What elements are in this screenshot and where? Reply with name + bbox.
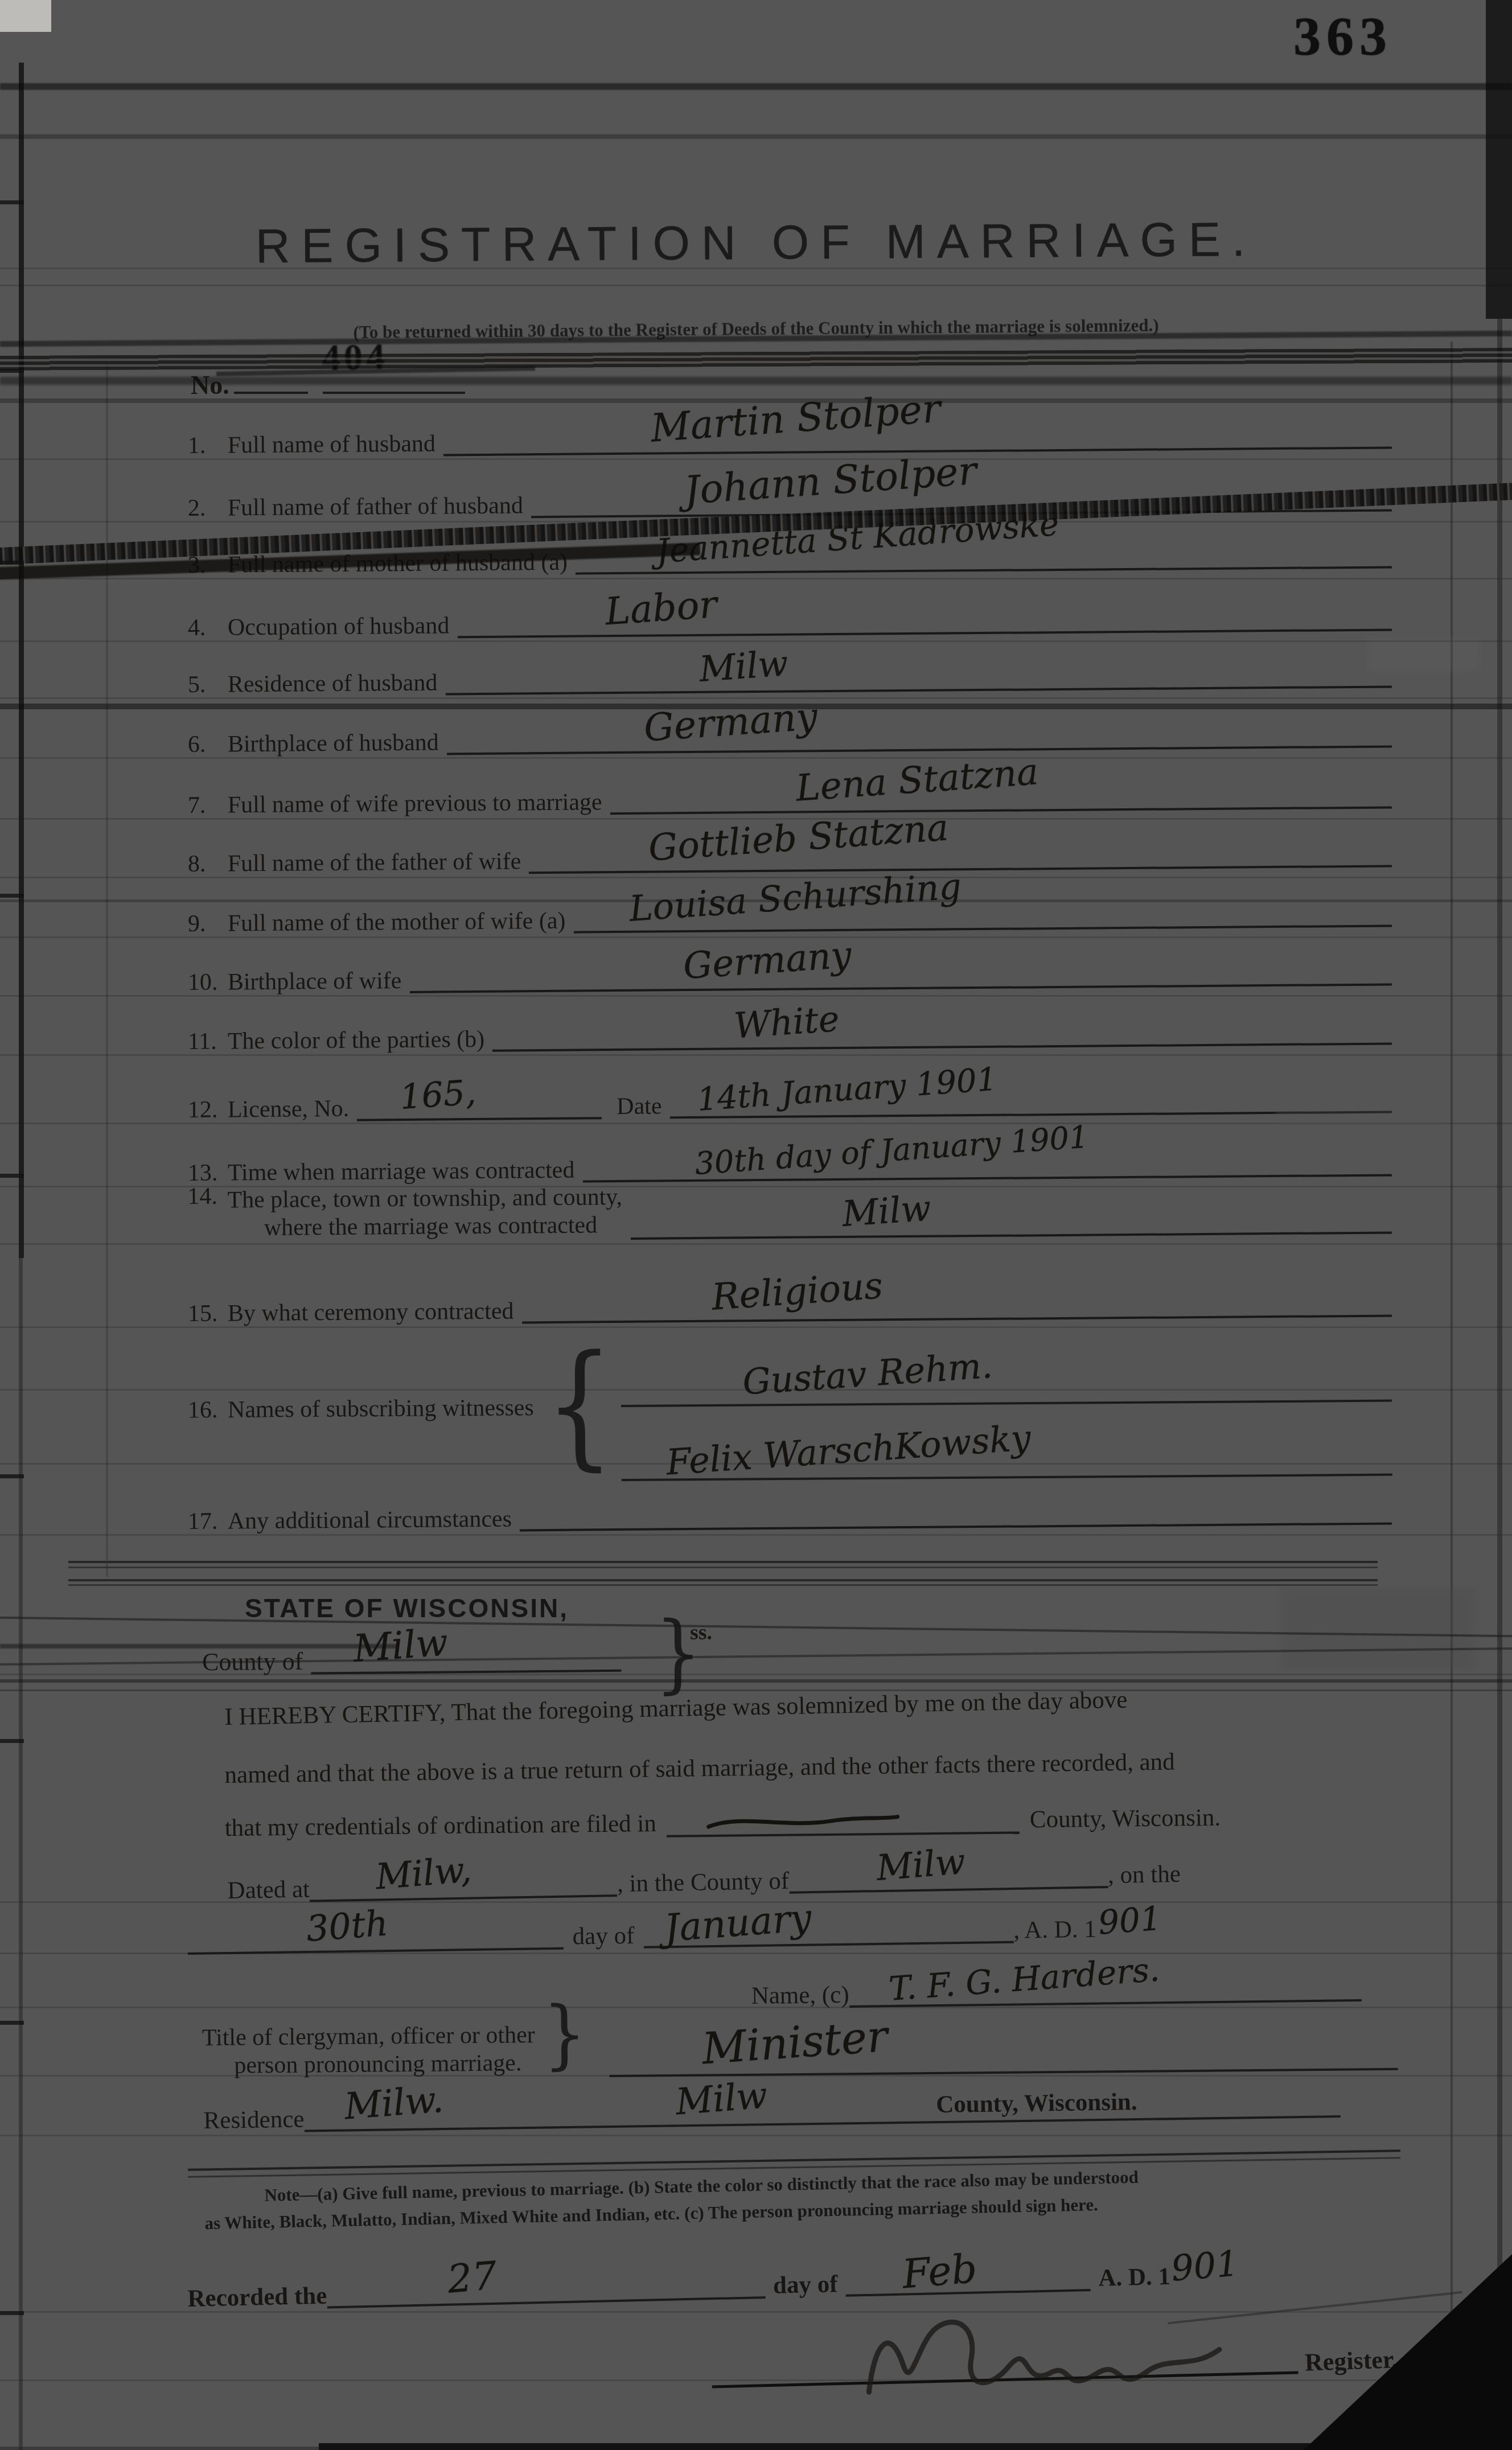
scan-artifacts [0,0,1512,2450]
marriage-registration-scan: 363 REGISTRATION OF MARRIAGE. (To be ret… [0,0,1512,2450]
